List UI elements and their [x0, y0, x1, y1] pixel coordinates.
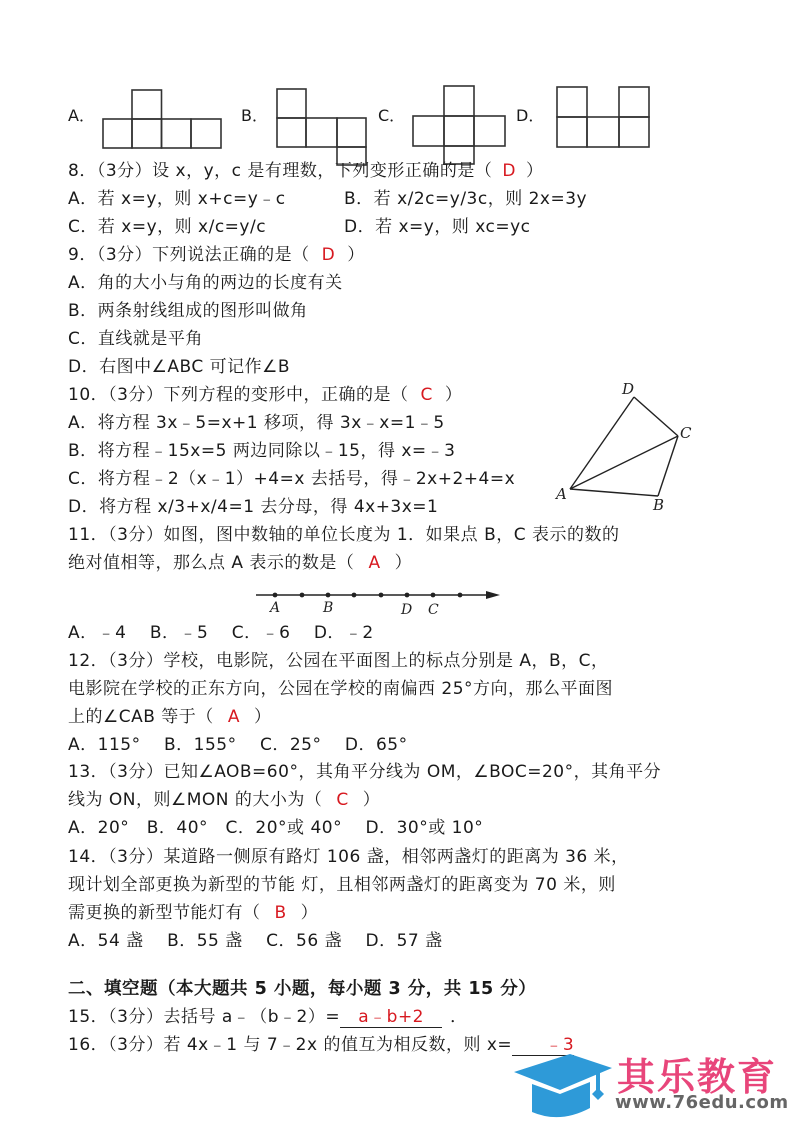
q9-option-d: D．右图中∠ABC 可记作∠B [68, 355, 290, 379]
point-label-b: B [322, 600, 333, 616]
q9-option-a: A．角的大小与角的两边的长度有关 [68, 271, 343, 295]
q8-answer: D [502, 161, 516, 181]
q8-option-b: B．若 x/2c=y/3c，则 2x=3y [344, 187, 587, 211]
q9-answer: D [322, 245, 336, 265]
q13-answer: C [336, 790, 348, 810]
q15-answer-blank: a﹣b+2 [340, 1007, 442, 1028]
q9-stem: 9．（3分）下列说法正确的是（D） [68, 243, 365, 267]
number-line-figure: A B D C [250, 584, 510, 620]
q13-stem-line1: 13．（3分）已知∠AOB=60°，其角平分线为 OM，∠BOC=20°，其角平… [68, 760, 661, 784]
section-2-title: 二、填空题（本大题共 5 小题，每小题 3 分，共 15 分） [68, 977, 536, 1001]
q15-end: ． [450, 1007, 468, 1027]
q10-stem: 10．（3分）下列方程的变形中，正确的是（C） [68, 383, 462, 407]
q10-close-paren: ） [445, 385, 463, 405]
q10-answer: C [420, 385, 432, 405]
cube-net-d [0, 0, 793, 160]
q14-stem-line3: 需更换的新型节能灯有（B） [68, 901, 318, 925]
q16-stem: 16．（3分）若 4x﹣1 与 7﹣2x 的值互为相反数，则 x= [68, 1035, 512, 1055]
vertex-label-c: C [680, 424, 692, 442]
q10-stem-text: 10．（3分）下列方程的变形中，正确的是（ [68, 385, 408, 405]
q9-option-c: C．直线就是平角 [68, 327, 203, 351]
q12-answer: A [228, 707, 240, 727]
q8-option-c: C．若 x=y，则 x/c=y/c [68, 215, 266, 239]
q12-options: A．115° B．155° C．25° D．65° [68, 733, 408, 757]
q14-stem-line3-text: 需更换的新型节能灯有（ [68, 903, 261, 923]
vertex-label-a: A [554, 485, 567, 503]
q11-stem-line2: 绝对值相等，那么点 A 表示的数是（A） [68, 551, 412, 575]
q11-stem-line1: 11．（3分）如图，图中数轴的单位长度为 1．如果点 B，C 表示的数的 [68, 523, 620, 547]
q16: 16．（3分）若 4x﹣1 与 7﹣2x 的值互为相反数，则 x=﹣3 [68, 1033, 574, 1057]
q12-stem-line3: 上的∠CAB 等于（A） [68, 705, 271, 729]
q12-close-paren: ） [254, 707, 272, 727]
q13-options: A．20° B．40° C．20°或 40° D．30°或 10° [68, 816, 483, 840]
q15-stem: 15．（3分）去括号 a﹣（b﹣2）= [68, 1007, 340, 1027]
q14-options: A．54 盏 B．55 盏 C．56 盏 D．57 盏 [68, 929, 443, 953]
q9-option-b: B．两条射线组成的图形叫做角 [68, 299, 308, 323]
point-label-c: C [428, 602, 439, 618]
q10-option-c: C．将方程﹣2（x﹣1）+4=x 去括号，得﹣2x+2+4=x [68, 467, 515, 491]
q14-stem-line1: 14．（3分）某道路一侧原有路灯 106 盏，相邻两盏灯的距离为 36 米， [68, 845, 629, 869]
q13-stem-line2-text: 线为 ON，则∠MON 的大小为（ [68, 790, 322, 810]
quadrilateral-figure: D C A B [550, 375, 710, 515]
q8-option-a: A．若 x=y，则 x+c=y﹣c [68, 187, 286, 211]
q8-stem-text: 8．（3分）设 x，y，c 是有理数，下列变形正确的是（ [68, 161, 492, 181]
q9-stem-text: 9．（3分）下列说法正确的是（ [68, 245, 310, 265]
q12-stem-line2: 电影院在学校的正东方向，公园在学校的南偏西 25°方向，那么平面图 [68, 677, 613, 701]
q16-answer-blank: ﹣3 [512, 1035, 574, 1056]
q10-option-b: B．将方程﹣15x=5 两边同除以﹣15，得 x=﹣3 [68, 439, 455, 463]
q14-close-paren: ） [301, 903, 319, 923]
q12-stem-line3-text: 上的∠CAB 等于（ [68, 707, 214, 727]
q11-close-paren: ） [395, 553, 413, 573]
q8-close-paren: ） [526, 161, 544, 181]
watermark-url: www.76edu.com [615, 1092, 789, 1113]
q10-option-a: A．将方程 3x﹣5=x+1 移项，得 3x﹣x=1﹣5 [68, 411, 445, 435]
q10-option-d: D．将方程 x/3+x/4=1 去分母，得 4x+3x=1 [68, 495, 438, 519]
q8-stem: 8．（3分）设 x，y，c 是有理数，下列变形正确的是（D） [68, 159, 544, 183]
vertex-label-d: D [621, 380, 634, 398]
vertex-label-b: B [652, 496, 664, 514]
q12-stem-line1: 12．（3分）学校，电影院，公园在平面图上的标点分别是 A，B，C， [68, 649, 609, 673]
point-label-a: A [268, 600, 280, 616]
q15: 15．（3分）去括号 a﹣（b﹣2）=a﹣b+2． [68, 1005, 468, 1029]
q13-close-paren: ） [363, 790, 381, 810]
q14-stem-line2: 现计划全部更换为新型的节能 灯，且相邻两盏灯的距离变为 70 米，则 [68, 873, 616, 897]
q11-options: A．﹣4 B．﹣5 C．﹣6 D．﹣2 [68, 621, 374, 645]
q9-close-paren: ） [347, 245, 365, 265]
point-label-d: D [400, 602, 412, 618]
q11-answer: A [368, 553, 380, 573]
graduation-cap-icon [512, 1054, 622, 1119]
q8-option-d: D．若 x=y，则 xc=yc [344, 215, 531, 239]
q14-answer: B [275, 903, 287, 923]
q11-stem-line2-text: 绝对值相等，那么点 A 表示的数是（ [68, 553, 354, 573]
q13-stem-line2: 线为 ON，则∠MON 的大小为（C） [68, 788, 380, 812]
